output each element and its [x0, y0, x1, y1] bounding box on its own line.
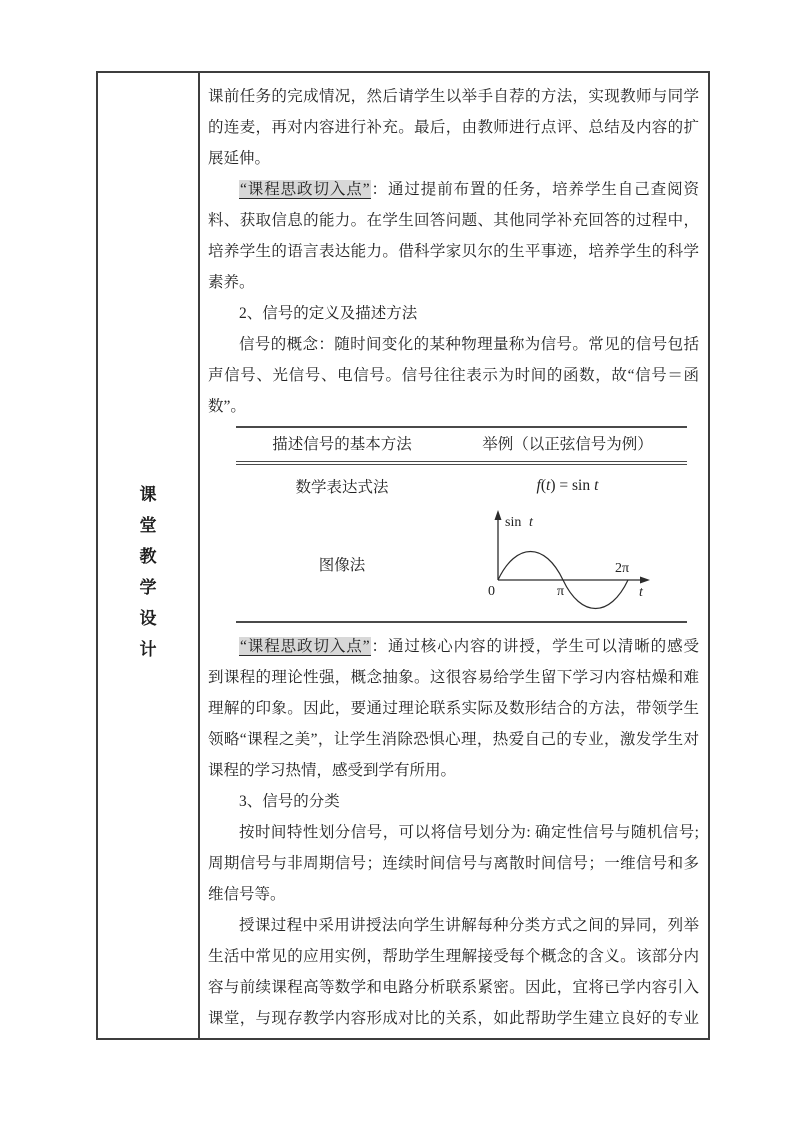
- text-line: 课程的学习热情，感受到学有所用。: [208, 755, 699, 786]
- pi-label: π: [557, 584, 564, 599]
- formula-cell: f(t) = sint: [448, 477, 687, 495]
- section-label-char: 堂: [140, 510, 157, 541]
- sine-formula: f(t) = sint: [537, 477, 599, 494]
- heading-signal-classification: 3、信号的分类: [208, 786, 699, 817]
- section-label-char: 教: [140, 541, 157, 572]
- text-line: 授课过程中采用讲授法向学生讲解每种分类方式之间的异同，列举: [208, 910, 699, 941]
- section-label-char: 计: [140, 634, 157, 665]
- formula-t2: t: [594, 477, 598, 494]
- text-line: 周期信号与非周期信号；连续时间信号与离散时间信号；一维信号和多: [208, 848, 699, 879]
- heading-signal-definition: 2、信号的定义及描述方法: [208, 298, 699, 329]
- origin-label: 0: [488, 584, 495, 599]
- row-header-cell: 课 堂 教 学 设 计: [98, 73, 200, 1038]
- y-axis-label-sin: sin: [505, 515, 521, 530]
- formula-eq-sin: ) = sin: [550, 477, 590, 494]
- text-line: 课堂，与现存教学内容形成对比的关系，如此帮助学生建立良好的专业: [208, 1003, 699, 1034]
- text-line: “课程思政切入点”：通过核心内容的讲授，学生可以清晰的感受: [208, 631, 699, 662]
- text-segment: ：通过提前布置的任务，培养学生自己查阅资: [371, 181, 699, 198]
- text-line: 维信号等。: [208, 879, 699, 910]
- text-line: 到课程的理论性强，概念抽象。这很容易给学生留下学习内容枯燥和难: [208, 662, 699, 693]
- text-line: 培养学生的语言表达能力。借科学家贝尔的生平事迹，培养学生的科学: [208, 236, 699, 267]
- text-line: 料、获取信息的能力。在学生回答问题、其他同学补充回答的过程中，: [208, 205, 699, 236]
- signal-table-header-row: 描述信号的基本方法 举例（以正弦信号为例）: [236, 426, 687, 465]
- text-line: 容与前续课程高等数学和电路分析联系紧密。因此，宜将已学内容引入: [208, 972, 699, 1003]
- method-graph-label: 图像法: [236, 553, 448, 575]
- section-label-char: 设: [140, 603, 157, 634]
- section-label: 课 堂 教 学 设 计: [140, 479, 157, 1038]
- text-line: 领略“课程之美”，让学生消除恐惧心理，热爱自己的专业，激发学生对: [208, 724, 699, 755]
- text-line: 素养。: [208, 267, 699, 298]
- method-math-expression-label: 数学表达式法: [236, 475, 448, 497]
- y-axis-label-t: t: [529, 515, 534, 530]
- text-segment: ：通过核心内容的讲授，学生可以清晰的感受: [371, 638, 699, 655]
- text-line: 的连麦，再对内容进行补充。最后，由教师进行点评、总结及内容的扩: [208, 112, 699, 143]
- graph-cell: sin t 0 π 2π t: [448, 508, 687, 620]
- text-line: “课程思政切入点”：通过提前布置的任务，培养学生自己查阅资: [208, 174, 699, 205]
- text-line: 数”。: [208, 391, 699, 422]
- signal-table-header-example: 举例（以正弦信号为例）: [448, 428, 687, 461]
- lesson-design-table: 课 堂 教 学 设 计 课前任务的完成情况，然后请学生以举手自荐的方法，实现教师…: [96, 71, 710, 1040]
- two-pi-label: 2π: [615, 561, 629, 576]
- ideology-entry-point-highlight: “课程思政切入点”: [239, 180, 371, 199]
- text-line: 生活中常见的应用实例，帮助学生理解接受每个概念的含义。该部分内: [208, 941, 699, 972]
- section-label-char: 课: [140, 479, 157, 510]
- content-cell: 课前任务的完成情况，然后请学生以举手自荐的方法，实现教师与同学 的连麦，再对内容…: [200, 73, 708, 1038]
- x-axis-label-t: t: [639, 585, 644, 600]
- text-line: 信号的概念：随时间变化的某种物理量称为信号。常见的信号包括: [208, 329, 699, 360]
- signal-table-row-formula: 数学表达式法 f(t) = sint: [236, 465, 687, 507]
- signal-methods-table: 描述信号的基本方法 举例（以正弦信号为例） 数学表达式法 f(t) = sint…: [236, 426, 687, 623]
- text-line: 按时间特性划分信号，可以将信号划分为: 确定性信号与随机信号;: [208, 817, 699, 848]
- text-line: 展延伸。: [208, 143, 699, 174]
- text-line: 课前任务的完成情况，然后请学生以举手自荐的方法，实现教师与同学: [208, 81, 699, 112]
- ideology-entry-point-highlight: “课程思政切入点”: [239, 637, 371, 656]
- signal-table-header-method: 描述信号的基本方法: [236, 428, 448, 461]
- section-label-char: 学: [140, 572, 157, 603]
- text-line: 声信号、光信号、电信号。信号往往表示为时间的函数，故“信号＝函: [208, 360, 699, 391]
- sine-wave-graph: sin t 0 π 2π t: [474, 508, 660, 620]
- text-line: 理解的印象。因此，要通过理论联系实际及数形结合的方法，带领学生: [208, 693, 699, 724]
- x-axis-arrow: [640, 577, 650, 584]
- y-axis-arrow: [495, 510, 502, 520]
- signal-table-row-graph: 图像法 sin t 0 π 2π: [236, 507, 687, 623]
